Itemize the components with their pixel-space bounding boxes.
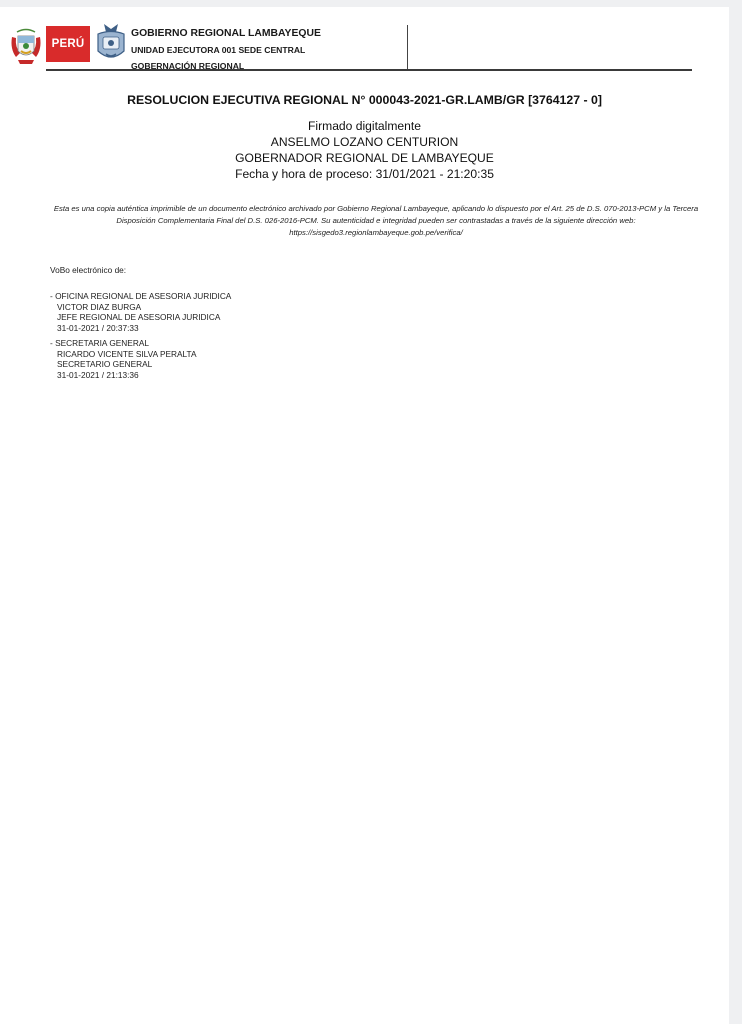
peru-logo: PERÚ	[46, 26, 90, 62]
org-office: GOBERNACIÓN REGIONAL	[131, 58, 321, 74]
document-title: RESOLUCION EJECUTIVA REGIONAL N° 000043-…	[0, 93, 729, 107]
approval-office: - SECRETARIA GENERAL	[50, 338, 231, 349]
approval-office: - OFICINA REGIONAL DE ASESORIA JURIDICA	[50, 291, 231, 302]
authenticity-notice: Esta es una copia auténtica imprimible d…	[40, 203, 712, 239]
header-org-block: GOBIERNO REGIONAL LAMBAYEQUE UNIDAD EJEC…	[131, 26, 321, 74]
approvals-list: - OFICINA REGIONAL DE ASESORIA JURIDICA …	[50, 291, 231, 385]
approval-datetime: 31-01-2021 / 20:37:33	[50, 323, 231, 334]
org-unit: UNIDAD EJECUTORA 001 SEDE CENTRAL	[131, 42, 321, 58]
document-page: PERÚ GOBIERNO REGIONAL LAMBAYEQUE UNIDAD…	[0, 7, 729, 1024]
header-horizontal-divider	[46, 69, 692, 71]
lambayeque-crest-icon	[94, 21, 128, 65]
approval-name: RICARDO VICENTE SILVA PERALTA	[50, 349, 231, 360]
approval-name: VICTOR DIAZ BURGA	[50, 302, 231, 313]
signature-status: Firmado digitalmente	[0, 118, 729, 134]
approval-datetime: 31-01-2021 / 21:13:36	[50, 370, 231, 381]
signer-position: GOBERNADOR REGIONAL DE LAMBAYEQUE	[0, 150, 729, 166]
approval-role: JEFE REGIONAL DE ASESORIA JURIDICA	[50, 312, 231, 323]
signature-block: Firmado digitalmente ANSELMO LOZANO CENT…	[0, 118, 729, 182]
peru-coat-of-arms-icon	[8, 27, 44, 69]
vobo-label: VoBo electrónico de:	[50, 265, 126, 275]
org-name: GOBIERNO REGIONAL LAMBAYEQUE	[131, 26, 321, 42]
approval-entry: - OFICINA REGIONAL DE ASESORIA JURIDICA …	[50, 291, 231, 333]
approval-entry: - SECRETARIA GENERAL RICARDO VICENTE SIL…	[50, 338, 231, 380]
process-datetime: Fecha y hora de proceso: 31/01/2021 - 21…	[0, 166, 729, 182]
approval-role: SECRETARIO GENERAL	[50, 359, 231, 370]
peru-label: PERÚ	[52, 38, 85, 50]
header-vertical-divider	[407, 25, 408, 70]
signer-name: ANSELMO LOZANO CENTURION	[0, 134, 729, 150]
